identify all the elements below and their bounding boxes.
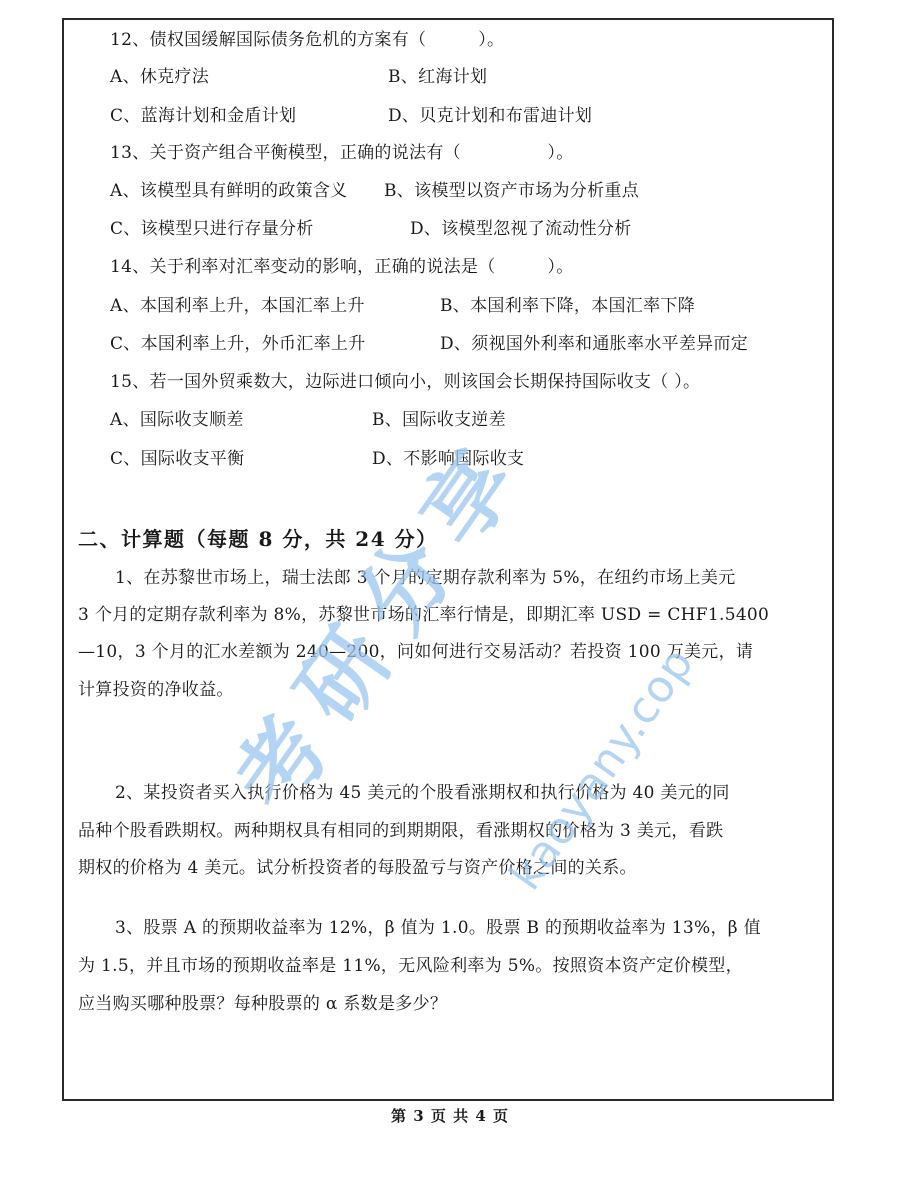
question-13-option-a: A、该模型具有鲜明的政策含义 <box>110 180 347 202</box>
question-12-option-c: C、蓝海计划和金盾计划 <box>110 105 296 127</box>
problem-3-line-1: 3、股票 A 的预期收益率为 12%，β 值为 1.0。股票 B 的预期收益率为… <box>115 917 761 939</box>
problem-1-line-2: 3 个月的定期存款利率为 8%，苏黎世市场的汇率行情是，即期汇率 USD = C… <box>78 604 830 626</box>
question-12-option-d: D、贝克计划和布雷迪计划 <box>388 105 592 127</box>
question-13-option-c: C、该模型只进行存量分析 <box>110 218 314 240</box>
question-14-option-c: C、本国利率上升，外币汇率上升 <box>110 333 366 355</box>
question-12-option-b: B、红海计划 <box>388 66 487 88</box>
section-2-title: 二、计算题（每题 8 分，共 24 分） <box>78 528 438 550</box>
question-13-option-b: B、该模型以资产市场为分析重点 <box>384 180 639 202</box>
question-13-option-d: D、该模型忽视了流动性分析 <box>410 218 632 240</box>
question-15-option-d: D、不影响国际收支 <box>372 448 524 470</box>
question-15-stem: 15、若一国外贸乘数大，边际进口倾向小，则该国会长期保持国际收支（ ）。 <box>110 371 700 393</box>
question-12-stem: 12、债权国缓解国际债务危机的方案有（ ）。 <box>110 29 504 51</box>
problem-2-line-1: 2、某投资者买入执行价格为 45 美元的个股看涨期权和执行价格为 40 美元的同 <box>115 782 730 804</box>
problem-2-line-3: 期权的价格为 4 美元。试分析投资者的每股盈亏与资产价格之间的关系。 <box>78 857 830 879</box>
problem-3-line-2: 为 1.5，并且市场的预期收益率是 11%，无风险利率为 5%。按照资本资产定价… <box>78 955 830 977</box>
problem-3-line-3: 应当购买哪种股票？每种股票的 α 系数是多少？ <box>78 993 830 1015</box>
problem-1-line-1: 1、在苏黎世市场上，瑞士法郎 3 个月的定期存款利率为 5%，在纽约市场上美元 <box>115 567 736 589</box>
question-13-stem: 13、关于资产组合平衡模型，正确的说法有（ ）。 <box>110 142 574 164</box>
question-14-option-a: A、本国利率上升，本国汇率上升 <box>110 295 365 317</box>
question-12-option-a: A、休克疗法 <box>110 66 209 88</box>
question-15-option-a: A、国际收支顺差 <box>110 409 244 431</box>
problem-1-line-3: —10，3 个月的汇水差额为 240—200，问如何进行交易活动？若投资 100… <box>78 641 830 663</box>
problem-1-line-4: 计算投资的净收益。 <box>78 679 830 701</box>
problem-2-line-2: 品种个股看跌期权。两种期权具有相同的到期期限，看涨期权的价格为 3 美元，看跌 <box>78 820 830 842</box>
question-15-option-b: B、国际收支逆差 <box>372 409 506 431</box>
question-14-option-b: B、本国利率下降，本国汇率下降 <box>440 295 695 317</box>
question-14-stem: 14、关于利率对汇率变动的影响，正确的说法是（ ）。 <box>110 256 574 278</box>
question-15-option-c: C、国际收支平衡 <box>110 448 244 470</box>
page-number: 第 3 页 共 4 页 <box>0 1105 900 1126</box>
question-14-option-d: D、须视国外利率和通胀率水平差异而定 <box>440 333 748 355</box>
